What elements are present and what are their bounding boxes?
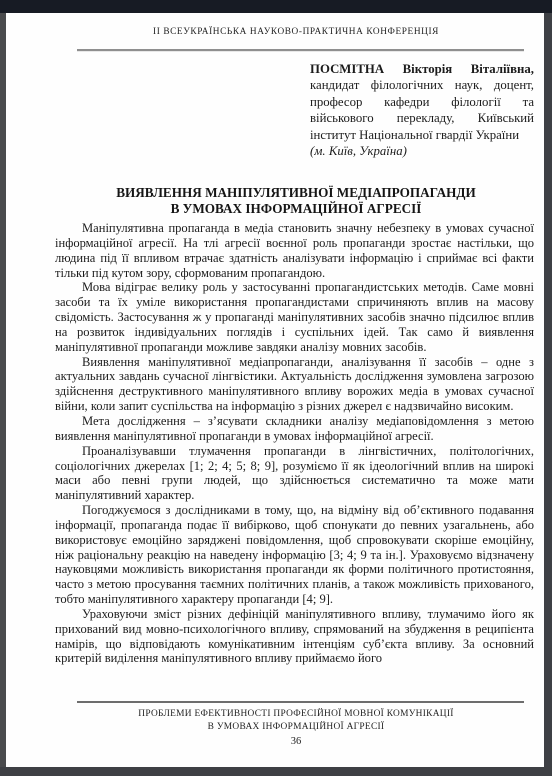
header-rule	[77, 49, 524, 52]
scan-border-left	[0, 13, 6, 776]
footer-rule	[77, 701, 524, 703]
footer-line1: ПРОБЛЕМИ ЕФЕКТИВНОСТІ ПРОФЕСІЙНОЇ МОВНОЇ…	[55, 708, 537, 721]
article-body: Маніпулятивна пропаганда в медіа станови…	[55, 221, 534, 666]
scan-border-right	[544, 13, 552, 776]
scan-border-bottom	[0, 767, 552, 776]
article-title: ВИЯВЛЕННЯ МАНІПУЛЯТИВНОЇ МЕДІАПРОПАГАНДИ…	[55, 185, 537, 217]
footer-line2: В УМОВАХ ІНФОРМАЦІЙНОЇ АГРЕСІЇ	[55, 721, 537, 734]
author-name: ПОСМІТНА Вікторія Віталіївна,	[310, 62, 534, 76]
page-footer: ПРОБЛЕМИ ЕФЕКТИВНОСТІ ПРОФЕСІЙНОЇ МОВНОЇ…	[55, 708, 537, 748]
page-number: 36	[55, 735, 537, 748]
article-title-line1: ВИЯВЛЕННЯ МАНІПУЛЯТИВНОЇ МЕДІАПРОПАГАНДИ	[55, 185, 537, 201]
conference-running-head: ІІ ВСЕУКРАЇНСЬКА НАУКОВО-ПРАКТИЧНА КОНФЕ…	[55, 27, 537, 37]
scan-border-top	[0, 0, 552, 13]
author-location: (м. Київ, Україна)	[310, 143, 534, 159]
article-paragraph: Виявлення маніпулятивної медіапропаганди…	[55, 355, 534, 414]
article-paragraph: Мета дослідження – з’ясувати складники а…	[55, 414, 534, 444]
article-title-line2: В УМОВАХ ІНФОРМАЦІЙНОЇ АГРЕСІЇ	[55, 201, 537, 217]
author-affiliation: кандидат філологічних наук, доцент, проф…	[310, 78, 534, 141]
scanned-paper-page: ІІ ВСЕУКРАЇНСЬКА НАУКОВО-ПРАКТИЧНА КОНФЕ…	[0, 0, 552, 776]
article-paragraph: Ураховуючи зміст різних дефініцій маніпу…	[55, 607, 534, 666]
article-paragraph: Мова відіграє велику роль у застосуванні…	[55, 280, 534, 354]
article-paragraph: Погоджуємося з дослідниками в тому, що, …	[55, 503, 534, 607]
article-paragraph: Проаналізувавши тлумачення пропаганди в …	[55, 444, 534, 503]
author-block: ПОСМІТНА Вікторія Віталіївна, кандидат ф…	[310, 61, 534, 159]
article-paragraph: Маніпулятивна пропаганда в медіа станови…	[55, 221, 534, 280]
